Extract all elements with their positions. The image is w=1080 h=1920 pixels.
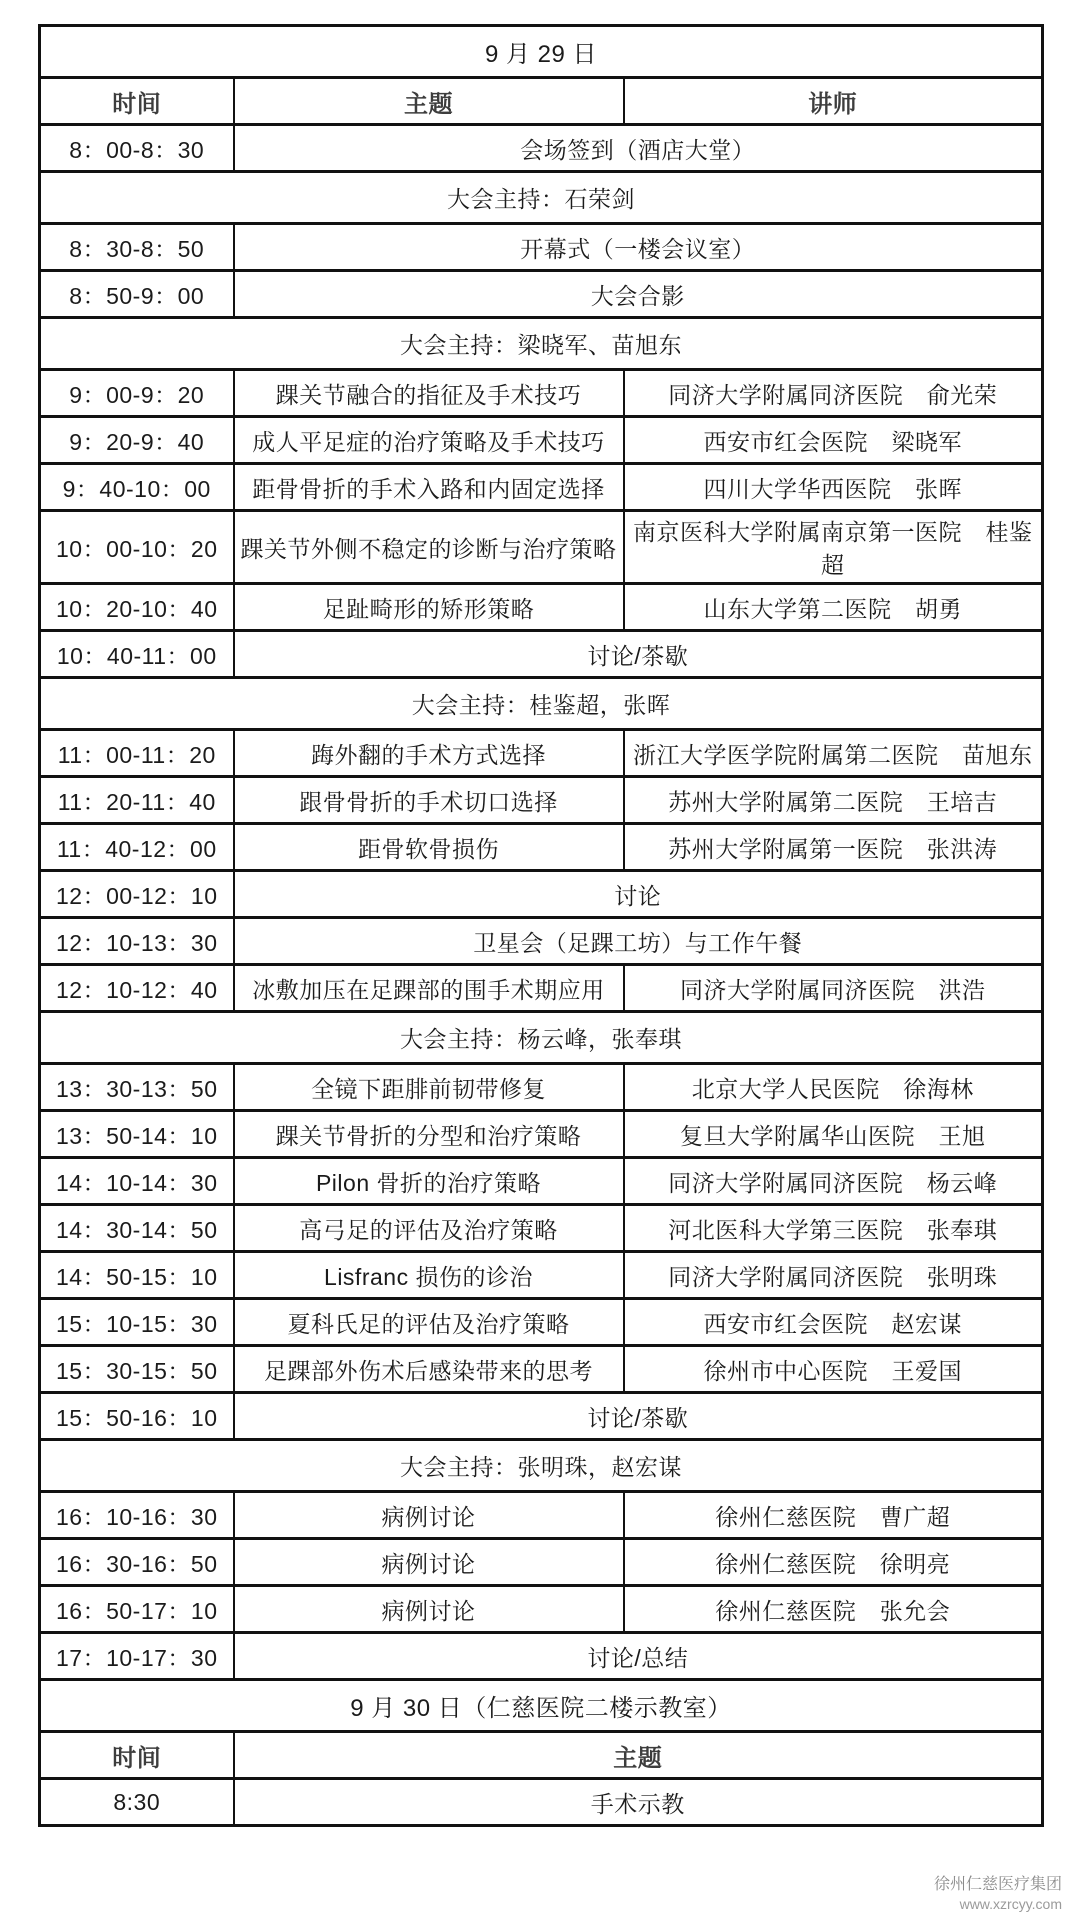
table-row: 16：10-16：30病例讨论徐州仁慈医院 曹广超 [40, 1492, 1043, 1539]
speaker-cell: 南京医科大学附属南京第一医院 桂鉴超 [624, 511, 1043, 584]
time-cell: 12：00-12：10 [40, 871, 234, 918]
chair-row-text: 大会主持：石荣剑 [40, 172, 1043, 224]
table-row: 8：30-8：50开幕式（一楼会议室） [40, 224, 1043, 271]
schedule-page: 9 月 29 日时间主题讲师8：00-8：30会场签到（酒店大堂）大会主持：石荣… [0, 0, 1080, 1920]
speaker-cell: 西安市红会医院 梁晓军 [624, 417, 1043, 464]
column-header-topic: 主题 [234, 78, 624, 125]
time-cell: 11：00-11：20 [40, 730, 234, 777]
time-cell: 8：00-8：30 [40, 125, 234, 172]
table-row: 10：00-10：20踝关节外侧不稳定的诊断与治疗策略南京医科大学附属南京第一医… [40, 511, 1043, 584]
table-row: 14：10-14：30Pilon 骨折的治疗策略同济大学附属同济医院 杨云峰 [40, 1158, 1043, 1205]
time-cell: 8：50-9：00 [40, 271, 234, 318]
topic-cell: 开幕式（一楼会议室） [234, 224, 1043, 271]
chair-row-text: 大会主持：梁晓军、苗旭东 [40, 318, 1043, 370]
time-cell: 10：20-10：40 [40, 584, 234, 631]
speaker-cell: 山东大学第二医院 胡勇 [624, 584, 1043, 631]
time-cell: 16：50-17：10 [40, 1586, 234, 1633]
topic-cell: 会场签到（酒店大堂） [234, 125, 1043, 172]
column-header-time: 时间 [40, 1732, 234, 1779]
topic-cell: 距骨软骨损伤 [234, 824, 624, 871]
time-cell: 8:30 [40, 1779, 234, 1826]
chair-row-text: 大会主持：杨云峰，张奉琪 [40, 1012, 1043, 1064]
time-cell: 9：40-10：00 [40, 464, 234, 511]
watermark: 徐州仁慈医疗集团 www.xzrcyy.com [934, 1874, 1062, 1914]
table-row: 大会主持：桂鉴超，张晖 [40, 678, 1043, 730]
table-row: 大会主持：石荣剑 [40, 172, 1043, 224]
time-cell: 9：00-9：20 [40, 370, 234, 417]
column-header-speaker: 讲师 [624, 78, 1043, 125]
topic-cell: 全镜下距腓前韧带修复 [234, 1064, 624, 1111]
time-cell: 16：10-16：30 [40, 1492, 234, 1539]
time-cell: 17：10-17：30 [40, 1633, 234, 1680]
table-row: 13：30-13：50全镜下距腓前韧带修复北京大学人民医院 徐海林 [40, 1064, 1043, 1111]
time-cell: 13：30-13：50 [40, 1064, 234, 1111]
topic-cell: Lisfranc 损伤的诊治 [234, 1252, 624, 1299]
time-cell: 10：40-11：00 [40, 631, 234, 678]
time-cell: 15：30-15：50 [40, 1346, 234, 1393]
topic-cell: 讨论/茶歇 [234, 1393, 1043, 1440]
topic-cell: 距骨骨折的手术入路和内固定选择 [234, 464, 624, 511]
time-cell: 13：50-14：10 [40, 1111, 234, 1158]
table-row: 11：00-11：20踇外翻的手术方式选择浙江大学医学院附属第二医院 苗旭东 [40, 730, 1043, 777]
topic-cell: 成人平足症的治疗策略及手术技巧 [234, 417, 624, 464]
table-row: 时间主题 [40, 1732, 1043, 1779]
table-row: 12：10-13：30卫星会（足踝工坊）与工作午餐 [40, 918, 1043, 965]
table-row: 16：30-16：50病例讨论徐州仁慈医院 徐明亮 [40, 1539, 1043, 1586]
time-cell: 11：40-12：00 [40, 824, 234, 871]
table-row: 14：30-14：50高弓足的评估及治疗策略河北医科大学第三医院 张奉琪 [40, 1205, 1043, 1252]
table-row: 8：00-8：30会场签到（酒店大堂） [40, 125, 1043, 172]
conference-schedule-table: 9 月 29 日时间主题讲师8：00-8：30会场签到（酒店大堂）大会主持：石荣… [38, 24, 1044, 1827]
table-row: 大会主持：梁晓军、苗旭东 [40, 318, 1043, 370]
table-row: 9：20-9：40成人平足症的治疗策略及手术技巧西安市红会医院 梁晓军 [40, 417, 1043, 464]
speaker-cell: 同济大学附属同济医院 洪浩 [624, 965, 1043, 1012]
topic-cell: 足趾畸形的矫形策略 [234, 584, 624, 631]
topic-cell: 冰敷加压在足踝部的围手术期应用 [234, 965, 624, 1012]
table-row: 12：10-12：40冰敷加压在足踝部的围手术期应用同济大学附属同济医院 洪浩 [40, 965, 1043, 1012]
table-row: 9：40-10：00距骨骨折的手术入路和内固定选择四川大学华西医院 张晖 [40, 464, 1043, 511]
time-cell: 15：50-16：10 [40, 1393, 234, 1440]
topic-cell: 踝关节融合的指征及手术技巧 [234, 370, 624, 417]
table-row: 大会主持：杨云峰，张奉琪 [40, 1012, 1043, 1064]
speaker-cell: 同济大学附属同济医院 俞光荣 [624, 370, 1043, 417]
table-row: 17：10-17：30讨论/总结 [40, 1633, 1043, 1680]
table-row: 时间主题讲师 [40, 78, 1043, 125]
chair-row-text: 大会主持：桂鉴超，张晖 [40, 678, 1043, 730]
watermark-org: 徐州仁慈医疗集团 [934, 1874, 1062, 1896]
topic-cell: 踇外翻的手术方式选择 [234, 730, 624, 777]
time-cell: 14：30-14：50 [40, 1205, 234, 1252]
table-row: 13：50-14：10踝关节骨折的分型和治疗策略复旦大学附属华山医院 王旭 [40, 1111, 1043, 1158]
speaker-cell: 徐州仁慈医院 张允会 [624, 1586, 1043, 1633]
time-cell: 12：10-13：30 [40, 918, 234, 965]
topic-cell: 讨论 [234, 871, 1043, 918]
speaker-cell: 同济大学附属同济医院 杨云峰 [624, 1158, 1043, 1205]
topic-cell: 病例讨论 [234, 1586, 624, 1633]
section-title: 9 月 30 日（仁慈医院二楼示教室） [40, 1680, 1043, 1732]
column-header-topic: 主题 [234, 1732, 1043, 1779]
time-cell: 9：20-9：40 [40, 417, 234, 464]
speaker-cell: 同济大学附属同济医院 张明珠 [624, 1252, 1043, 1299]
speaker-cell: 苏州大学附属第二医院 王培吉 [624, 777, 1043, 824]
topic-cell: 高弓足的评估及治疗策略 [234, 1205, 624, 1252]
speaker-cell: 西安市红会医院 赵宏谋 [624, 1299, 1043, 1346]
topic-cell: 大会合影 [234, 271, 1043, 318]
table-row: 15：30-15：50足踝部外伤术后感染带来的思考徐州市中心医院 王爱国 [40, 1346, 1043, 1393]
table-row: 8:30手术示教 [40, 1779, 1043, 1826]
time-cell: 16：30-16：50 [40, 1539, 234, 1586]
table-row: 11：40-12：00距骨软骨损伤苏州大学附属第一医院 张洪涛 [40, 824, 1043, 871]
topic-cell: 病例讨论 [234, 1539, 624, 1586]
table-row: 15：50-16：10讨论/茶歇 [40, 1393, 1043, 1440]
schedule-rows: 9 月 29 日时间主题讲师8：00-8：30会场签到（酒店大堂）大会主持：石荣… [40, 26, 1043, 1826]
column-header-time: 时间 [40, 78, 234, 125]
speaker-cell: 苏州大学附属第一医院 张洪涛 [624, 824, 1043, 871]
time-cell: 15：10-15：30 [40, 1299, 234, 1346]
time-cell: 8：30-8：50 [40, 224, 234, 271]
table-row: 12：00-12：10讨论 [40, 871, 1043, 918]
speaker-cell: 徐州市中心医院 王爱国 [624, 1346, 1043, 1393]
watermark-url: www.xzrcyy.com [934, 1895, 1062, 1914]
speaker-cell: 四川大学华西医院 张晖 [624, 464, 1043, 511]
table-row: 15：10-15：30夏科氏足的评估及治疗策略西安市红会医院 赵宏谋 [40, 1299, 1043, 1346]
speaker-cell: 北京大学人民医院 徐海林 [624, 1064, 1043, 1111]
table-row: 10：20-10：40足趾畸形的矫形策略山东大学第二医院 胡勇 [40, 584, 1043, 631]
chair-row-text: 大会主持：张明珠，赵宏谋 [40, 1440, 1043, 1492]
topic-cell: 踝关节外侧不稳定的诊断与治疗策略 [234, 511, 624, 584]
table-row: 9 月 29 日 [40, 26, 1043, 78]
table-row: 9：00-9：20踝关节融合的指征及手术技巧同济大学附属同济医院 俞光荣 [40, 370, 1043, 417]
speaker-cell: 徐州仁慈医院 徐明亮 [624, 1539, 1043, 1586]
topic-cell: 讨论/总结 [234, 1633, 1043, 1680]
topic-cell: 手术示教 [234, 1779, 1043, 1826]
speaker-cell: 浙江大学医学院附属第二医院 苗旭东 [624, 730, 1043, 777]
topic-cell: Pilon 骨折的治疗策略 [234, 1158, 624, 1205]
table-row: 8：50-9：00大会合影 [40, 271, 1043, 318]
time-cell: 14：50-15：10 [40, 1252, 234, 1299]
topic-cell: 病例讨论 [234, 1492, 624, 1539]
topic-cell: 足踝部外伤术后感染带来的思考 [234, 1346, 624, 1393]
speaker-cell: 徐州仁慈医院 曹广超 [624, 1492, 1043, 1539]
topic-cell: 踝关节骨折的分型和治疗策略 [234, 1111, 624, 1158]
topic-cell: 跟骨骨折的手术切口选择 [234, 777, 624, 824]
speaker-cell: 河北医科大学第三医院 张奉琪 [624, 1205, 1043, 1252]
topic-cell: 卫星会（足踝工坊）与工作午餐 [234, 918, 1043, 965]
time-cell: 11：20-11：40 [40, 777, 234, 824]
time-cell: 10：00-10：20 [40, 511, 234, 584]
table-row: 14：50-15：10Lisfranc 损伤的诊治同济大学附属同济医院 张明珠 [40, 1252, 1043, 1299]
table-row: 16：50-17：10病例讨论徐州仁慈医院 张允会 [40, 1586, 1043, 1633]
table-row: 10：40-11：00讨论/茶歇 [40, 631, 1043, 678]
time-cell: 12：10-12：40 [40, 965, 234, 1012]
topic-cell: 讨论/茶歇 [234, 631, 1043, 678]
table-row: 大会主持：张明珠，赵宏谋 [40, 1440, 1043, 1492]
table-row: 9 月 30 日（仁慈医院二楼示教室） [40, 1680, 1043, 1732]
topic-cell: 夏科氏足的评估及治疗策略 [234, 1299, 624, 1346]
speaker-cell: 复旦大学附属华山医院 王旭 [624, 1111, 1043, 1158]
table-row: 11：20-11：40跟骨骨折的手术切口选择苏州大学附属第二医院 王培吉 [40, 777, 1043, 824]
section-title: 9 月 29 日 [40, 26, 1043, 78]
time-cell: 14：10-14：30 [40, 1158, 234, 1205]
